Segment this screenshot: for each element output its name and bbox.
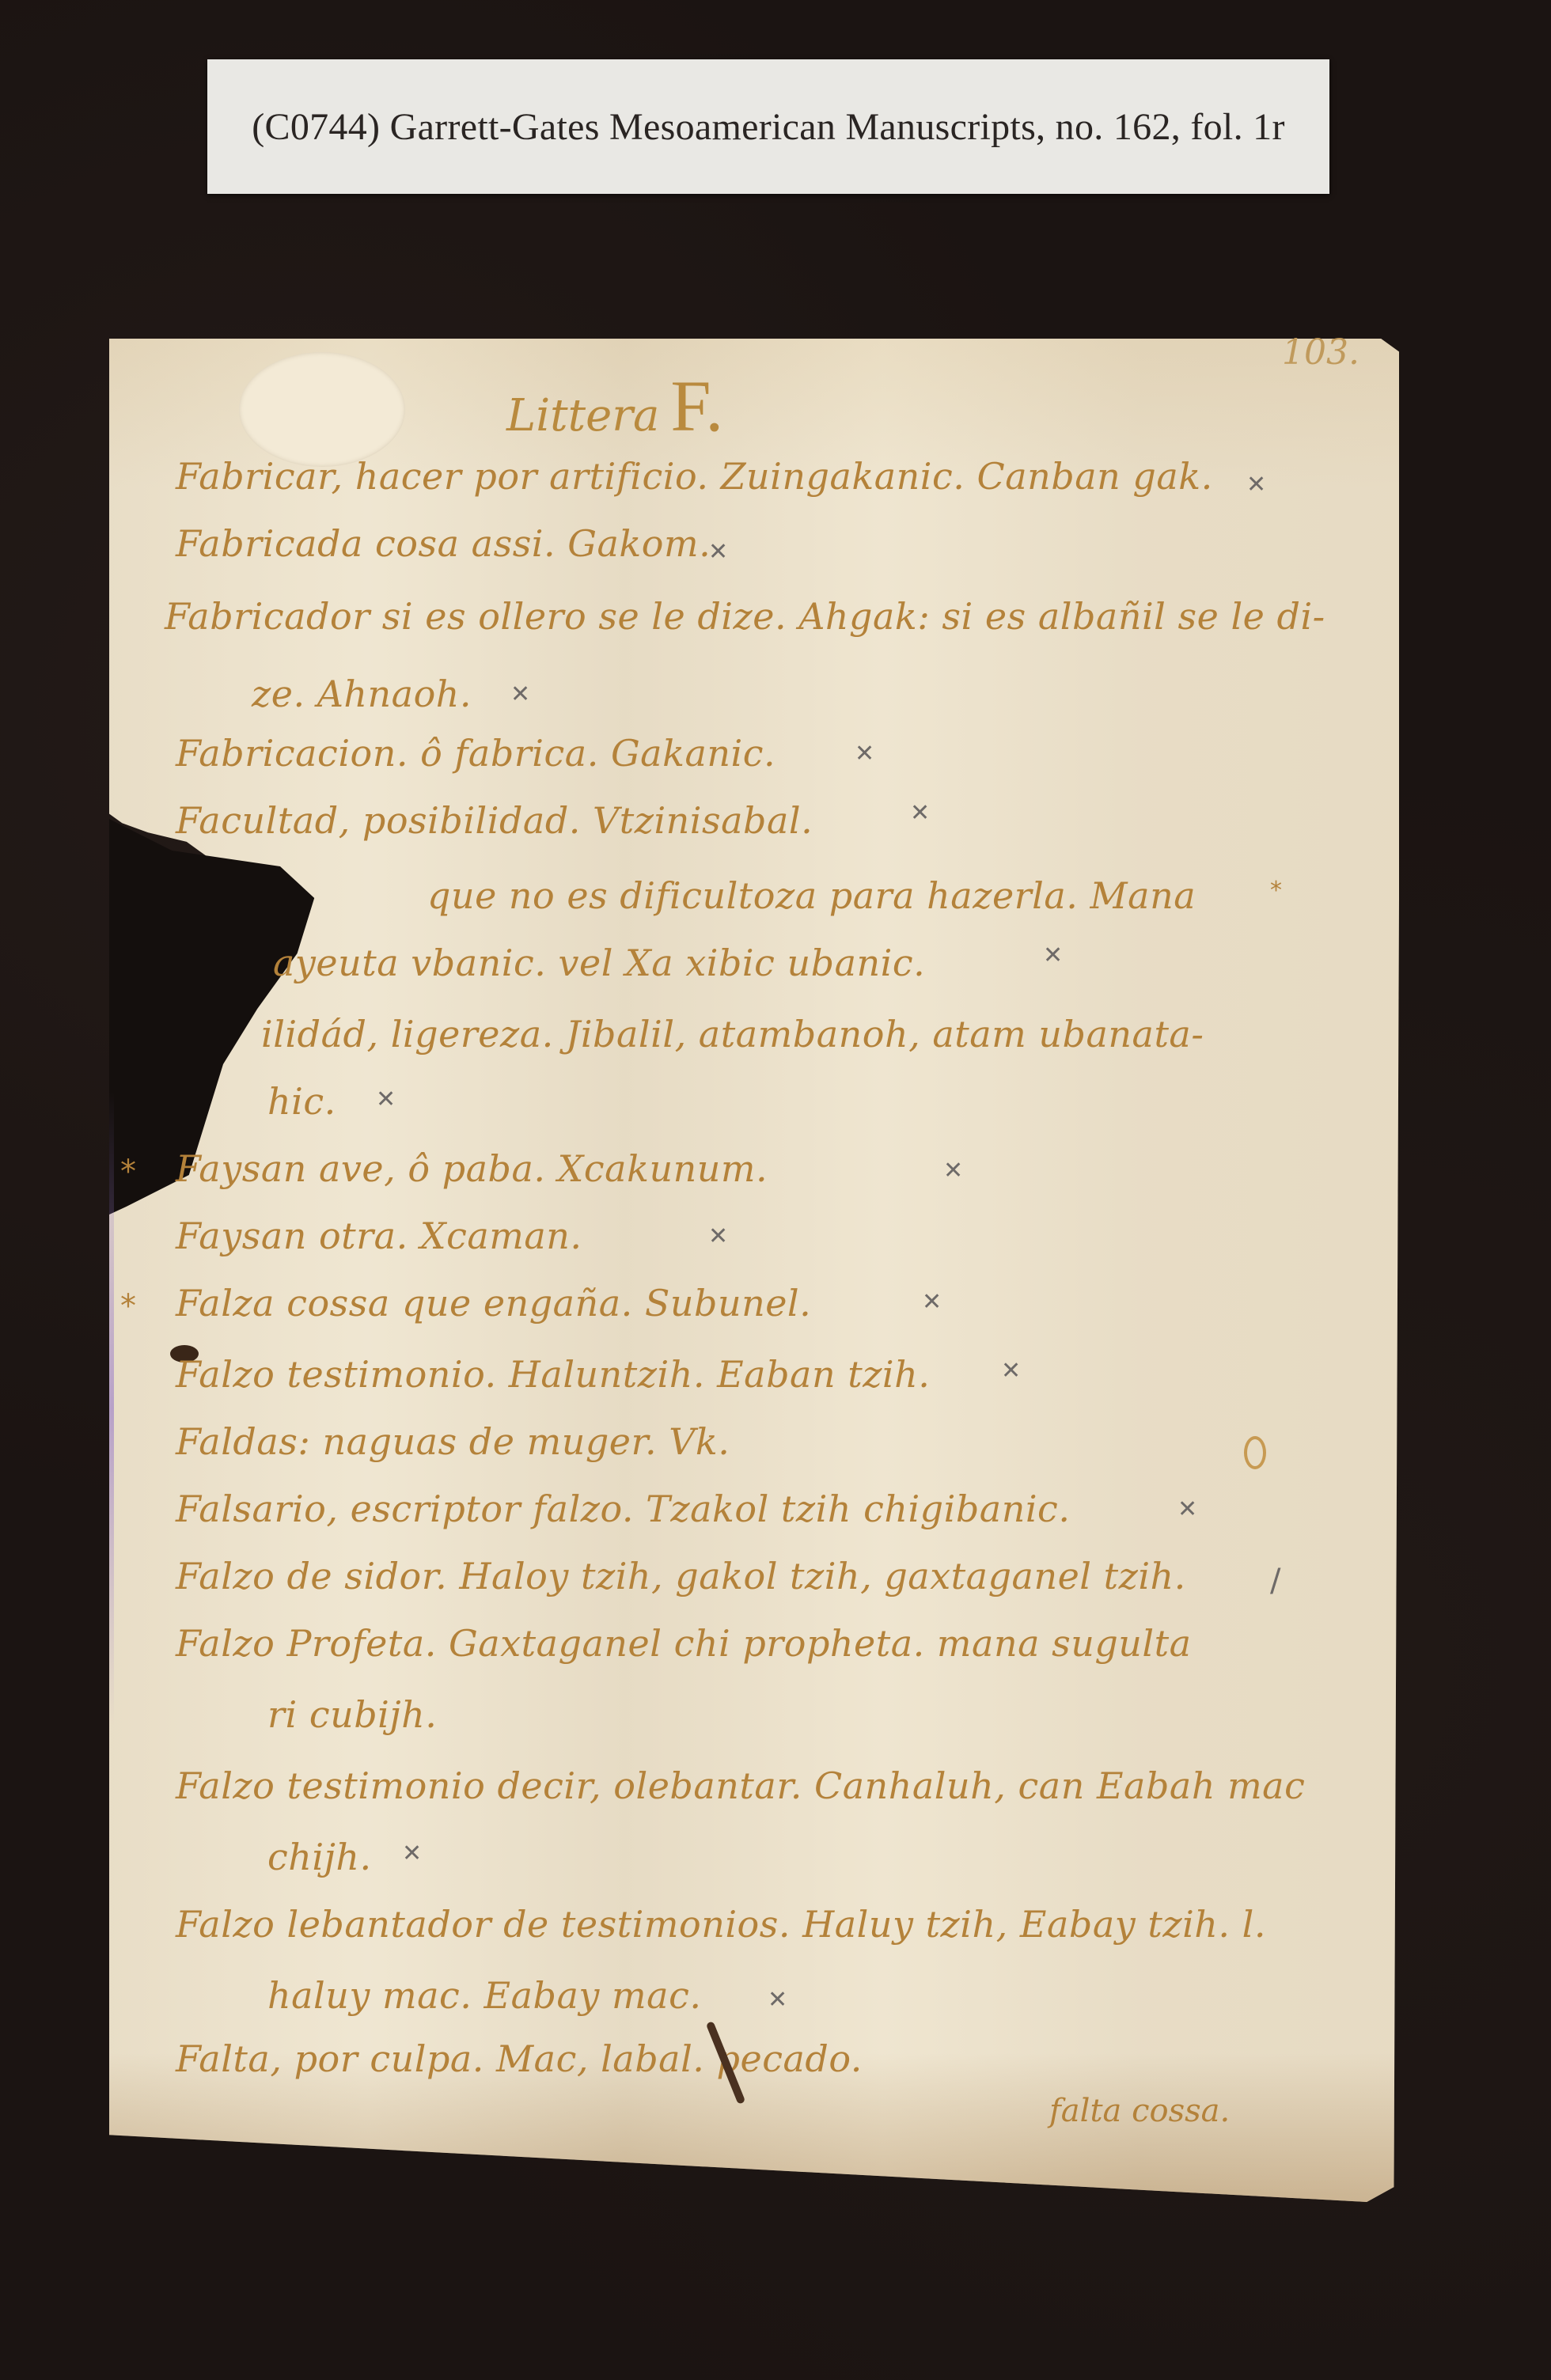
binding-edge-stain bbox=[109, 1092, 114, 1725]
entry-line: Falzo de sidor. Haloy tzih, gakol tzih, … bbox=[176, 1555, 1186, 1597]
pencil-x-mark: ✕ bbox=[943, 1157, 963, 1184]
pencil-x-mark: ✕ bbox=[1246, 471, 1266, 498]
asterisk-mark: * bbox=[120, 1288, 136, 1325]
pencil-x-mark: ✕ bbox=[1177, 1495, 1197, 1523]
entry-line: ze. Ahnaoh. bbox=[252, 673, 472, 715]
folio-number: 103. bbox=[1282, 332, 1359, 373]
pencil-x-mark: ✕ bbox=[708, 538, 728, 566]
pencil-x-mark: ✕ bbox=[1001, 1357, 1021, 1385]
entry-line: hic. bbox=[267, 1080, 336, 1123]
heading-letter: F. bbox=[670, 366, 723, 446]
asterisk-mark: * bbox=[1270, 877, 1282, 904]
heading-word: Littera bbox=[506, 390, 659, 442]
entry-line: haluy mac. Eabay mac. bbox=[267, 1974, 701, 2017]
catalog-label-text: (C0744) Garrett-Gates Mesoamerican Manus… bbox=[252, 105, 1285, 149]
pencil-slash-mark: / bbox=[1270, 1563, 1280, 1599]
pencil-x-mark: ✕ bbox=[402, 1840, 422, 1867]
pencil-x-mark: ✕ bbox=[768, 1986, 787, 2014]
entry-line: chijh. bbox=[267, 1836, 372, 1878]
section-heading: LitteraF. bbox=[506, 364, 723, 448]
pencil-x-mark: ✕ bbox=[708, 1222, 728, 1250]
pencil-x-mark: ✕ bbox=[510, 680, 530, 708]
pencil-x-mark: ✕ bbox=[1043, 942, 1063, 969]
entry-line: ri cubijh. bbox=[267, 1693, 437, 1736]
pencil-x-mark: ✕ bbox=[910, 799, 930, 827]
entry-line: Falzo Profeta. Gaxtaganel chi propheta. … bbox=[176, 1622, 1192, 1665]
entry-line: Faldas: naguas de muger. Vk. bbox=[176, 1420, 730, 1463]
paper-seal-patch bbox=[239, 352, 405, 467]
entry-line: Fabricar, hacer por artificio. Zuingakan… bbox=[176, 455, 1213, 498]
entry-line: Faysan otra. Xcaman. bbox=[176, 1215, 582, 1257]
entry-line: Fabricador si es ollero se le dize. Ahga… bbox=[165, 595, 1325, 638]
entry-line: ilidád, ligereza. Jibalil, atambanoh, at… bbox=[261, 1013, 1204, 1055]
asterisk-mark: * bbox=[120, 1154, 136, 1190]
pencil-x-mark: ✕ bbox=[855, 740, 874, 767]
entry-line: Falta, por culpa. Mac, labal. pecado. bbox=[176, 2037, 863, 2080]
entry-line: Falsario, escriptor falzo. Tzakol tzih c… bbox=[176, 1487, 1070, 1530]
entry-line: Falzo lebantador de testimonios. Haluy t… bbox=[176, 1903, 1266, 1946]
pencil-x-mark: ✕ bbox=[922, 1288, 942, 1316]
entry-line: Falzo testimonio decir, olebantar. Canha… bbox=[176, 1764, 1305, 1807]
ink-ring-mark bbox=[1244, 1436, 1266, 1469]
entry-line: Facultad, posibilidad. Vtzinisabal. bbox=[176, 799, 813, 842]
entry-line: Faysan ave, ô paba. Xcakunum. bbox=[176, 1147, 768, 1190]
entry-line: Fabricada cosa assi. Gakom. bbox=[176, 522, 711, 565]
entry-line: ayeuta vbanic. vel Xa xibic ubanic. bbox=[273, 942, 925, 984]
catchword: falta cossa. bbox=[1049, 2093, 1230, 2129]
pencil-x-mark: ✕ bbox=[376, 1086, 396, 1113]
entry-line: Fabricacion. ô fabrica. Gakanic. bbox=[176, 732, 775, 775]
entry-line: Falza cossa que engaña. Subunel. bbox=[176, 1282, 811, 1325]
entry-line: que no es dificultoza para hazerla. Mana bbox=[427, 874, 1196, 917]
entry-line: Falzo testimonio. Haluntzih. Eaban tzih. bbox=[176, 1353, 930, 1396]
catalog-label-card: (C0744) Garrett-Gates Mesoamerican Manus… bbox=[207, 59, 1329, 194]
